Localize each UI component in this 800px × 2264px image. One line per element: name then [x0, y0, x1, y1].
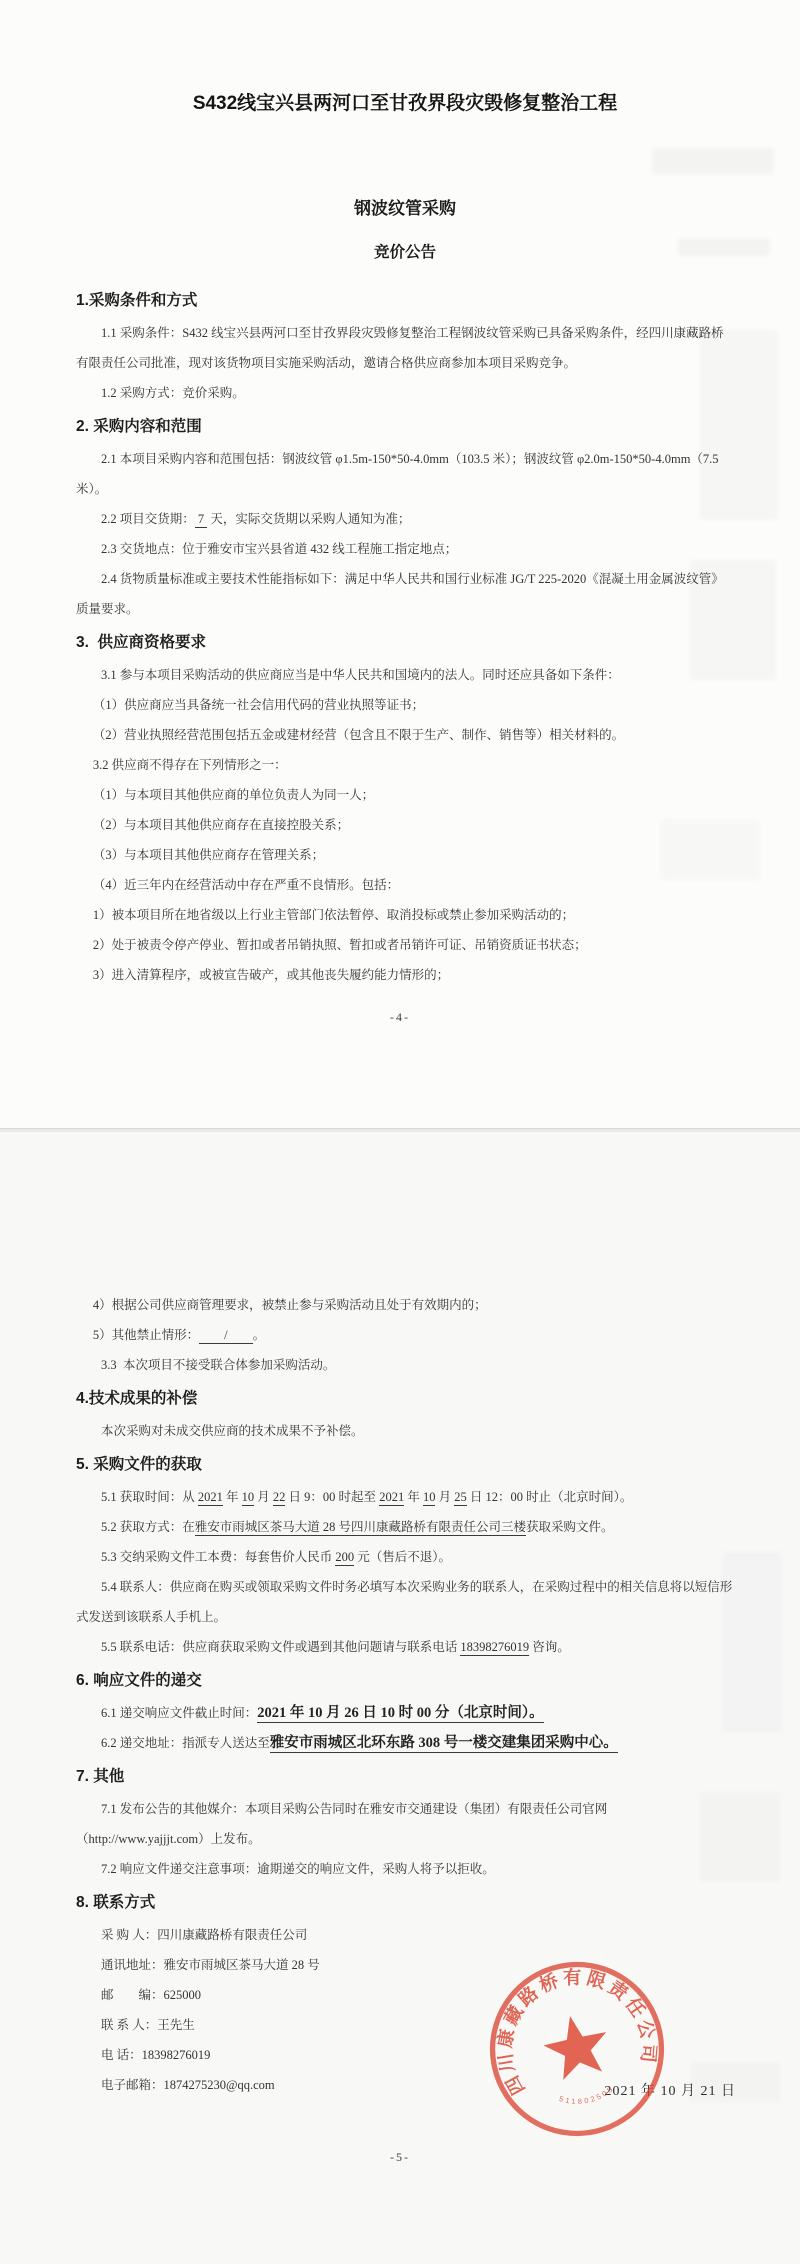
- underlined-text-segment: 2021 年 10 月 26 日 10 时 00 分（北京时间）。: [257, 1705, 543, 1723]
- text-segment: 日 12：00 时止（北京时间）。: [467, 1490, 633, 1504]
- text-segment: 1.2 采购方式：竞价采购。: [101, 386, 245, 400]
- text-segment: 5）其他禁止情形：: [93, 1328, 199, 1342]
- text-segment: 通讯地址：雅安市雨城区茶马大道 28 号: [101, 1958, 320, 1972]
- document-title-line: 竞价公告: [76, 238, 734, 268]
- seal-star-icon: [539, 2009, 614, 2082]
- page-5-content: 4）根据公司供应商管理要求，被禁止参与采购活动且处于有效期内的；5）其他禁止情形…: [0, 1132, 800, 2100]
- page-number: -4-: [0, 1010, 800, 1025]
- text-segment: 年: [404, 1490, 423, 1504]
- text-segment: 年: [223, 1490, 242, 1504]
- paragraph: （3）与本项目其他供应商存在管理关系；: [76, 840, 734, 870]
- text-segment: 5.5 联系电话：供应商获取采购文件或遇到其他问题请与联系电话: [101, 1640, 460, 1654]
- section-heading: 3. 供应商资格要求: [76, 626, 734, 660]
- page-5: 4）根据公司供应商管理要求，被禁止参与采购活动且处于有效期内的；5）其他禁止情形…: [0, 1131, 800, 2264]
- text-segment: 1.采购条件和方式: [76, 292, 197, 309]
- company-seal: 四川康藏路桥有限责任公司 511802505: [464, 1936, 689, 2161]
- text-segment: 获取采购文件。: [526, 1520, 614, 1534]
- section-heading: 1.采购条件和方式: [76, 284, 734, 318]
- text-segment: 5. 采购文件的获取: [76, 1456, 202, 1473]
- underlined-text-segment: 10: [242, 1490, 255, 1506]
- text-segment: 月: [254, 1490, 273, 1504]
- text-segment: 电 话：18398276019: [101, 2048, 210, 2062]
- text-segment: （4）近三年内在经营活动中存在严重不良情形。包括：: [93, 878, 399, 892]
- text-segment: 5.3 交纳采购文件工本费：每套售价人民币: [101, 1550, 335, 1564]
- text-segment: 6.2 递交地址：指派专人送达至: [101, 1736, 270, 1750]
- text-segment: （3）与本项目其他供应商存在管理关系；: [93, 848, 324, 862]
- seal-registration-number: 511802505: [556, 2083, 618, 2111]
- text-segment: 本次采购对未成交供应商的技术成果不予补偿。: [101, 1424, 364, 1438]
- underlined-text-segment: /: [199, 1328, 252, 1344]
- text-segment: 咨询。: [529, 1640, 570, 1654]
- text-segment: 3.1 参与本项目采购活动的供应商应当是中华人民共和国境内的法人。同时还应具备如…: [101, 668, 620, 682]
- underlined-text-segment: 7: [195, 512, 208, 528]
- text-segment: 2.2 项目交货期：: [101, 512, 195, 526]
- paragraph: 1.1 采购条件：S432 线宝兴县两河口至甘孜界段灾毁修复整治工程钢波纹管采购…: [76, 318, 734, 378]
- text-segment: 2）处于被责令停产停业、暂扣或者吊销执照、暂扣或者吊销许可证、吊销资质证书状态；: [93, 938, 587, 952]
- paragraph: 2.1 本项目采购内容和范围包括：钢波纹管 φ1.5m-150*50-4.0mm…: [76, 444, 734, 504]
- text-segment: 竞价公告: [374, 244, 436, 261]
- page-number: -5-: [0, 2150, 800, 2165]
- section-heading: 6. 响应文件的递交: [76, 1664, 734, 1698]
- paragraph: 5.3 交纳采购文件工本费：每套售价人民币 200 元（售后不退）。: [76, 1542, 734, 1572]
- text-segment: 3. 供应商资格要求: [76, 634, 206, 651]
- paragraph: 7.1 发布公告的其他媒介：本项目采购公告同时在雅安市交通建设（集团）有限责任公…: [76, 1794, 734, 1854]
- text-segment: 3.2 供应商不得存在下列情形之一：: [93, 758, 287, 772]
- paragraph: 2.4 货物质量标准或主要技术性能指标如下：满足中华人民共和国行业标准 JG/T…: [76, 564, 734, 624]
- paragraph: 3.3 本次项目不接受联合体参加采购活动。: [76, 1350, 734, 1380]
- paragraph: 2.2 项目交货期： 7 天，实际交货期以采购人通知为准；: [76, 504, 734, 534]
- text-segment: 7.2 响应文件递交注意事项：逾期递交的响应文件，采购人将予以拒收。: [101, 1862, 495, 1876]
- underlined-text-segment: 10: [423, 1490, 436, 1506]
- text-segment: 8. 联系方式: [76, 1894, 155, 1911]
- paragraph: 5.4 联系人：供应商在购买或领取采购文件时务必填写本次采购业务的联系人，在采购…: [76, 1572, 734, 1632]
- paragraph: 1）被本项目所在地省级以上行业主管部门依法暂停、取消投标或禁止参加采购活动的；: [76, 900, 734, 930]
- page-4: S432线宝兴县两河口至甘孜界段灾毁修复整治工程钢波纹管采购竞价公告1.采购条件…: [0, 0, 800, 1128]
- text-segment: 邮 编：625000: [101, 1988, 201, 2002]
- paragraph: 3）进入清算程序，或被宣告破产，或其他丧失履约能力情形的；: [76, 960, 734, 990]
- text-segment: 钢波纹管采购: [354, 199, 456, 218]
- paragraph: 2）处于被责令停产停业、暂扣或者吊销执照、暂扣或者吊销许可证、吊销资质证书状态；: [76, 930, 734, 960]
- paragraph: 4）根据公司供应商管理要求，被禁止参与采购活动且处于有效期内的；: [76, 1290, 734, 1320]
- paragraph: 5.1 获取时间：从 2021 年 10 月 22 日 9：00 时起至 202…: [76, 1482, 734, 1512]
- section-heading: 4.技术成果的补偿: [76, 1382, 734, 1416]
- paragraph: 5.5 联系电话：供应商获取采购文件或遇到其他问题请与联系电话 18398276…: [76, 1632, 734, 1662]
- text-segment: 。: [253, 1328, 266, 1342]
- paragraph: 3.2 供应商不得存在下列情形之一：: [76, 750, 734, 780]
- section-heading: 2. 采购内容和范围: [76, 410, 734, 444]
- text-segment: 1）被本项目所在地省级以上行业主管部门依法暂停、取消投标或禁止参加采购活动的；: [93, 908, 574, 922]
- text-segment: （1）供应商应当具备统一社会信用代码的营业执照等证书；: [93, 698, 424, 712]
- paragraph: 6.2 递交地址：指派专人送达至雅安市雨城区北环东路 308 号一楼交建集团采购…: [76, 1728, 734, 1758]
- text-segment: 天，实际交货期以采购人通知为准；: [207, 512, 410, 526]
- text-segment: 元（售后不退）。: [354, 1550, 451, 1564]
- text-segment: 5.2 获取方式：在: [101, 1520, 195, 1534]
- underlined-text-segment: 雅安市雨城区北环东路 308 号一楼交建集团采购中心。: [270, 1735, 618, 1753]
- text-segment: 联 系 人：王先生: [101, 2018, 195, 2032]
- text-segment: 6. 响应文件的递交: [76, 1672, 202, 1689]
- underlined-text-segment: 200: [335, 1550, 354, 1566]
- document-title-line: 钢波纹管采购: [76, 192, 734, 226]
- underlined-text-segment: 22: [273, 1490, 286, 1506]
- document-title-line: S432线宝兴县两河口至甘孜界段灾毁修复整治工程: [76, 86, 734, 122]
- text-segment: 7. 其他: [76, 1768, 124, 1785]
- text-segment: 5.1 获取时间：从: [101, 1490, 198, 1504]
- text-segment: 采 购 人：四川康藏路桥有限责任公司: [101, 1928, 307, 1942]
- section-heading: 5. 采购文件的获取: [76, 1448, 734, 1482]
- text-segment: （2）与本项目其他供应商存在直接控股关系；: [93, 818, 349, 832]
- paragraph: 5）其他禁止情形： / 。: [76, 1320, 734, 1350]
- text-segment: （1）与本项目其他供应商的单位负责人为同一人；: [93, 788, 374, 802]
- text-segment: 电子邮箱：1874275230@qq.com: [101, 2078, 275, 2092]
- text-segment: 1.1 采购条件：S432 线宝兴县两河口至甘孜界段灾毁修复整治工程钢波纹管采购…: [76, 326, 724, 370]
- text-segment: （2）营业执照经营范围包括五金或建材经营（包含且不限于生产、制作、销售等）相关材…: [93, 728, 624, 742]
- text-segment: 6.1 递交响应文件截止时间：: [101, 1706, 257, 1720]
- text-segment: 月: [435, 1490, 454, 1504]
- underlined-text-segment: 雅安市雨城区茶马大道 28 号四川康藏路桥有限责任公司三楼: [195, 1520, 526, 1536]
- text-segment: 5.4 联系人：供应商在购买或领取采购文件时务必填写本次采购业务的联系人，在采购…: [76, 1580, 732, 1624]
- section-heading: 7. 其他: [76, 1760, 734, 1794]
- paragraph: 6.1 递交响应文件截止时间：2021 年 10 月 26 日 10 时 00 …: [76, 1698, 734, 1728]
- text-segment: 3.3 本次项目不接受联合体参加采购活动。: [101, 1358, 335, 1372]
- text-segment: 2. 采购内容和范围: [76, 418, 202, 435]
- paragraph: （2）与本项目其他供应商存在直接控股关系；: [76, 810, 734, 840]
- text-segment: 3）进入清算程序，或被宣告破产，或其他丧失履约能力情形的；: [93, 968, 449, 982]
- section-heading: 8. 联系方式: [76, 1886, 734, 1920]
- paragraph: 5.2 获取方式：在雅安市雨城区茶马大道 28 号四川康藏路桥有限责任公司三楼获…: [76, 1512, 734, 1542]
- paragraph: （1）供应商应当具备统一社会信用代码的营业执照等证书；: [76, 690, 734, 720]
- text-segment: 4.技术成果的补偿: [76, 1390, 197, 1407]
- text-segment: 2.3 交货地点：位于雅安市宝兴县省道 432 线工程施工指定地点；: [101, 542, 457, 556]
- paragraph: 3.1 参与本项目采购活动的供应商应当是中华人民共和国境内的法人。同时还应具备如…: [76, 660, 734, 690]
- underlined-text-segment: 25: [454, 1490, 467, 1506]
- paragraph: （4）近三年内在经营活动中存在严重不良情形。包括：: [76, 870, 734, 900]
- paragraph: （2）营业执照经营范围包括五金或建材经营（包含且不限于生产、制作、销售等）相关材…: [76, 720, 734, 750]
- paragraph: 本次采购对未成交供应商的技术成果不予补偿。: [76, 1416, 734, 1446]
- paragraph: 1.2 采购方式：竞价采购。: [76, 378, 734, 408]
- paragraph: （1）与本项目其他供应商的单位负责人为同一人；: [76, 780, 734, 810]
- text-segment: S432线宝兴县两河口至甘孜界段灾毁修复整治工程: [193, 93, 617, 114]
- underlined-text-segment: 2021: [198, 1490, 223, 1506]
- page-4-content: S432线宝兴县两河口至甘孜界段灾毁修复整治工程钢波纹管采购竞价公告1.采购条件…: [0, 0, 800, 990]
- paragraph: 7.2 响应文件递交注意事项：逾期递交的响应文件，采购人将予以拒收。: [76, 1854, 734, 1884]
- text-segment: 7.1 发布公告的其他媒介：本项目采购公告同时在雅安市交通建设（集团）有限责任公…: [76, 1802, 607, 1846]
- svg-text:511802505: 511802505: [556, 2083, 618, 2111]
- text-segment: 2.1 本项目采购内容和范围包括：钢波纹管 φ1.5m-150*50-4.0mm…: [76, 452, 722, 496]
- underlined-text-segment: 2021: [379, 1490, 404, 1506]
- underlined-text-segment: 18398276019: [460, 1640, 529, 1656]
- text-segment: 2.4 货物质量标准或主要技术性能指标如下：满足中华人民共和国行业标准 JG/T…: [76, 572, 724, 616]
- text-segment: 4）根据公司供应商管理要求，被禁止参与采购活动且处于有效期内的；: [93, 1298, 487, 1312]
- paragraph: 2.3 交货地点：位于雅安市宝兴县省道 432 线工程施工指定地点；: [76, 534, 734, 564]
- text-segment: 日 9：00 时起至: [285, 1490, 379, 1504]
